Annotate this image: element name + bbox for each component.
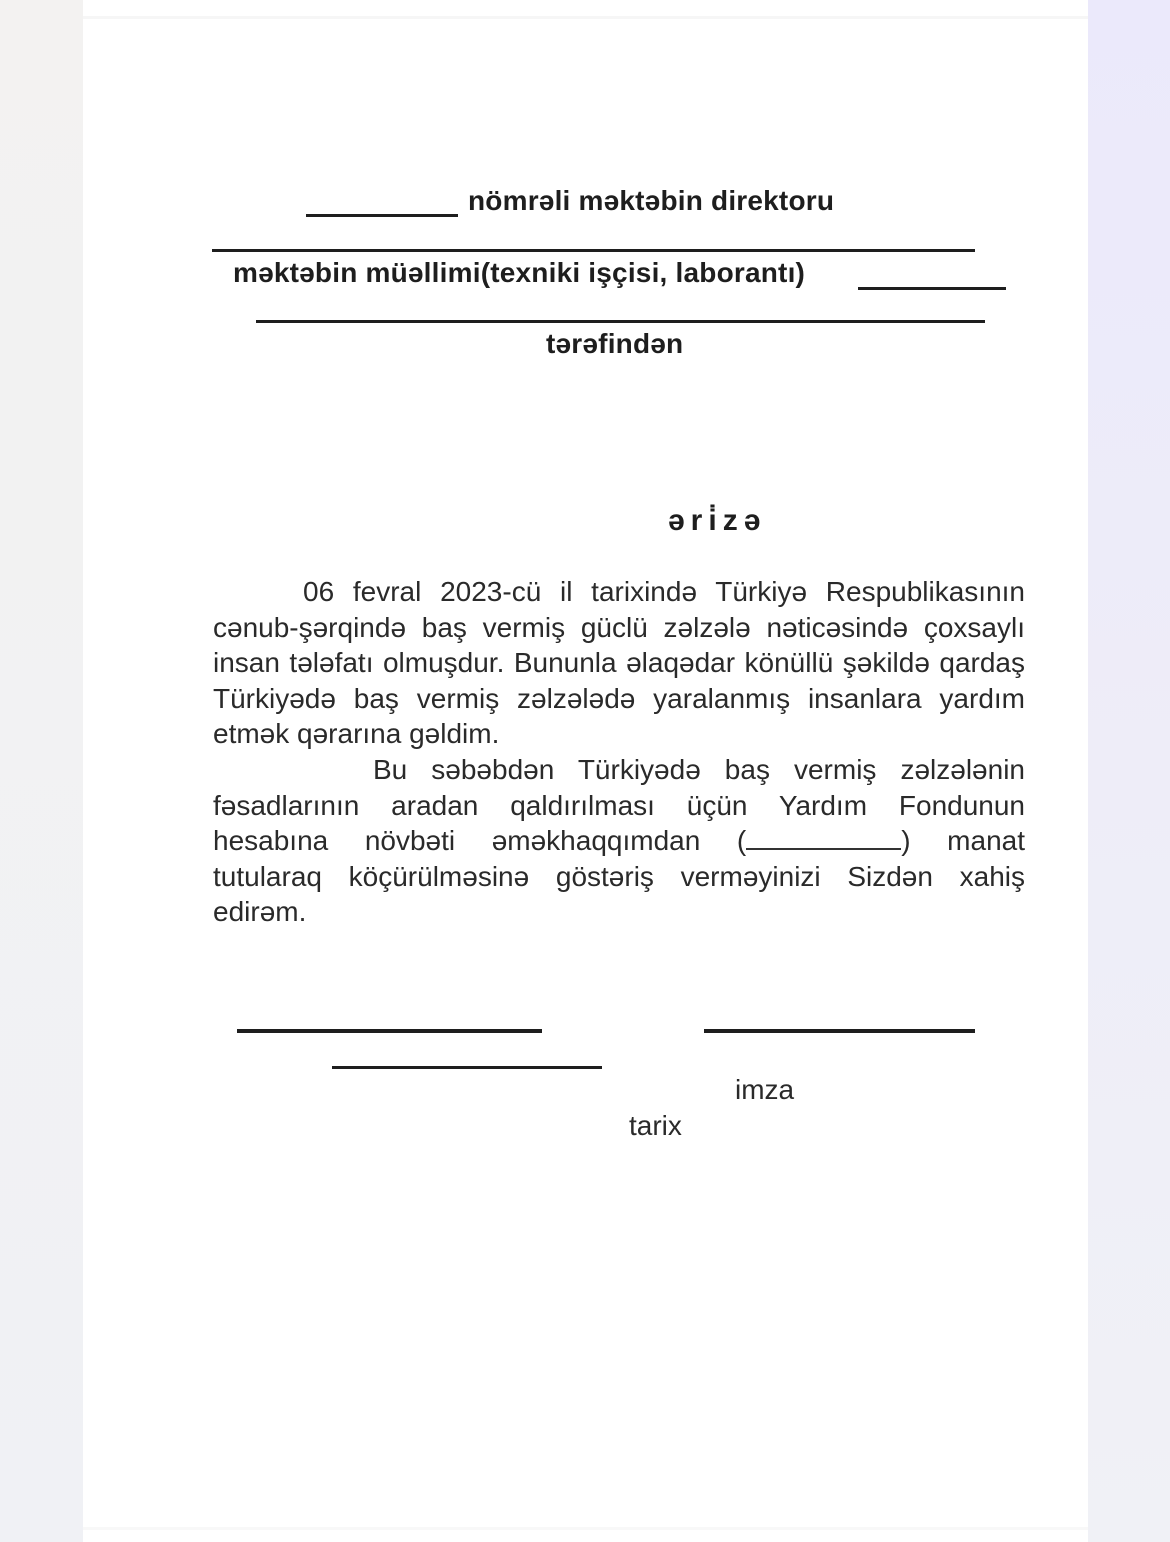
page-edge-top <box>83 16 1088 19</box>
header-line-2: məktəbin müəllimi(texniki işçisi, labora… <box>233 257 805 289</box>
paragraph-2: Bu səbəbdən Türkiyədə baş vermiş zəlzələ… <box>213 752 1025 930</box>
left-margin-strip <box>0 0 83 1542</box>
tarix-label: tarix <box>629 1110 682 1142</box>
page-edge-bottom <box>83 1527 1088 1530</box>
teacher-name-blank-short[interactable] <box>858 287 1006 290</box>
header-line-3: tərəfindən <box>546 328 683 360</box>
date-line-left[interactable] <box>237 1029 542 1033</box>
header-line-1: nömrəli məktəbin direktoru <box>468 185 834 217</box>
paragraph-1: 06 fevral 2023-cü il tarixində Türkiyə R… <box>213 574 1025 752</box>
amount-blank[interactable] <box>746 824 901 850</box>
teacher-name-blank-long[interactable] <box>256 320 985 323</box>
right-margin-strip <box>1088 0 1170 1542</box>
school-number-blank[interactable] <box>306 214 458 217</box>
school-name-blank[interactable] <box>212 249 975 252</box>
document-title: ƏRİZƏ <box>668 504 766 538</box>
document-body: 06 fevral 2023-cü il tarixində Türkiyə R… <box>213 574 1025 930</box>
name-line-middle[interactable] <box>332 1066 602 1069</box>
signature-line-right[interactable] <box>704 1029 975 1033</box>
imza-label: imza <box>735 1074 794 1106</box>
